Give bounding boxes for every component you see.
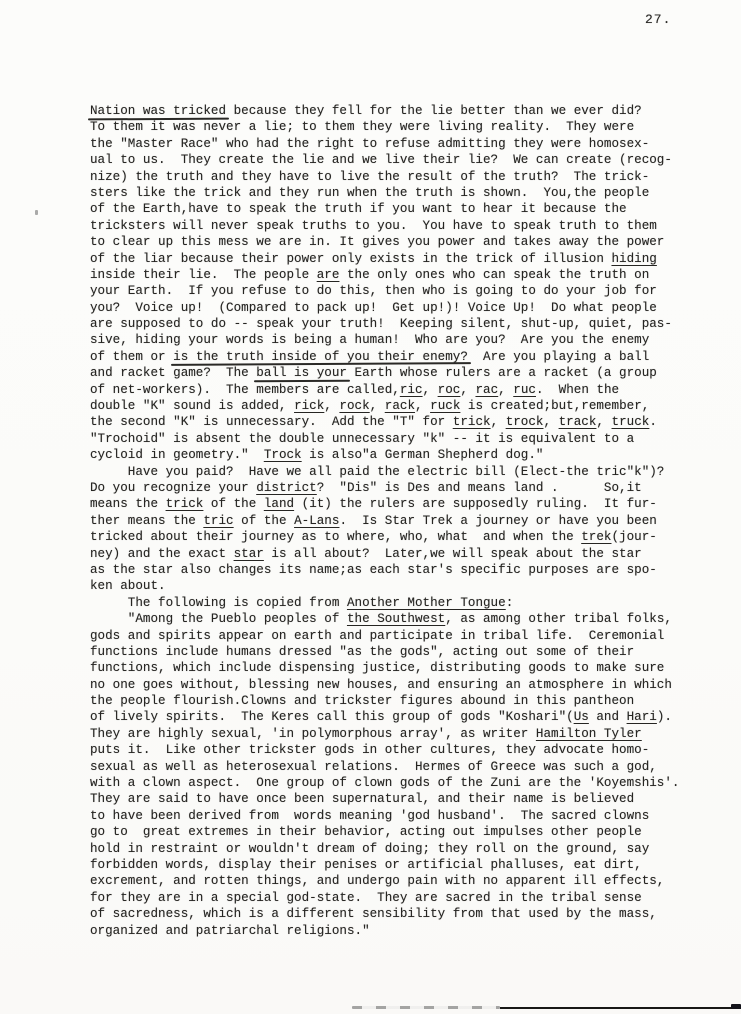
text-run: ney) and the exact bbox=[90, 547, 234, 561]
underlined-text: tric bbox=[203, 514, 233, 528]
text-run: Do you recognize your bbox=[90, 481, 256, 495]
text-run: the "Master Race" who had the right to r… bbox=[90, 137, 649, 151]
text-line: To them it was never a lie; to them they… bbox=[90, 119, 705, 135]
underlined-text: rick bbox=[294, 399, 324, 413]
text-run: , bbox=[460, 383, 475, 397]
underlined-text: land bbox=[264, 497, 294, 511]
text-block: Nation was tricked because they fell for… bbox=[90, 103, 705, 939]
text-line: the people flourish.Clowns and trickster… bbox=[90, 693, 705, 709]
text-line: the "Master Race" who had the right to r… bbox=[90, 136, 705, 152]
text-run: no one goes without, blessing new houses… bbox=[90, 678, 672, 692]
text-run: , as among other tribal folks, bbox=[445, 612, 672, 626]
text-run: of the bbox=[234, 514, 294, 528]
text-run: because they fell for the lie better tha… bbox=[226, 104, 642, 118]
text-run: , bbox=[596, 415, 611, 429]
text-run: means the bbox=[90, 497, 166, 511]
text-run: you? Voice up! (Compared to pack up! Get… bbox=[90, 301, 657, 315]
text-run: To them it was never a lie; to them they… bbox=[90, 120, 634, 134]
text-line: go to great extremes in their behavior, … bbox=[90, 824, 705, 840]
text-run: sters like the trick and they run when t… bbox=[90, 186, 649, 200]
text-run: of lively spirits. The Keres call this g… bbox=[90, 710, 574, 724]
page-number: 27. bbox=[645, 12, 671, 27]
text-run: the only ones who can speak the truth on bbox=[339, 268, 649, 282]
underlined-text: Another Mother Tongue bbox=[347, 596, 506, 610]
text-line: functions, which include dispensing just… bbox=[90, 660, 705, 676]
text-line: double "K" sound is added, rick, rock, r… bbox=[90, 398, 705, 414]
text-run: sive, hiding your words is being a human… bbox=[90, 333, 649, 347]
text-run: tricksters will never speak truths to yo… bbox=[90, 219, 657, 233]
underlined-text: ruck bbox=[430, 399, 460, 413]
underlined-text: trick bbox=[166, 497, 204, 511]
text-run: inside their lie. The people bbox=[90, 268, 317, 282]
text-line: Do you recognize your district? "Dis" is… bbox=[90, 480, 705, 496]
underlined-text: roc bbox=[438, 383, 461, 397]
underlined-text: A-Lans bbox=[294, 514, 339, 528]
text-run: and racket game? The bbox=[90, 366, 256, 380]
text-run: puts it. Like other trickster gods in ot… bbox=[90, 743, 649, 757]
text-run: , bbox=[370, 399, 385, 413]
text-line: They are said to have once been supernat… bbox=[90, 791, 705, 807]
text-line: the second "K" is unnecessary. Add the "… bbox=[90, 414, 705, 430]
underlined-text: trek bbox=[581, 530, 611, 544]
text-run: , bbox=[491, 415, 506, 429]
text-run: . bbox=[649, 415, 657, 429]
text-line: gods and spirits appear on earth and par… bbox=[90, 628, 705, 644]
text-run: and bbox=[589, 710, 627, 724]
text-line: The following is copied from Another Mot… bbox=[90, 595, 705, 611]
text-run: (it) the rulers are supposedly ruling. I… bbox=[294, 497, 657, 511]
underlined-text: ric bbox=[400, 383, 423, 397]
text-line: for they are in a special god-state. The… bbox=[90, 890, 705, 906]
text-line: of lively spirits. The Keres call this g… bbox=[90, 709, 705, 725]
text-run: They are highly sexual, 'in polymorphous… bbox=[90, 727, 536, 741]
text-run: are supposed to do -- speak your truth! … bbox=[90, 317, 672, 331]
underlined-text: Hamilton Tyler bbox=[536, 727, 642, 741]
underlined-text: district bbox=[256, 481, 316, 495]
underlined-text: star bbox=[234, 547, 264, 561]
text-line: to clear up this mess we are in. It give… bbox=[90, 234, 705, 250]
text-run: sexual as well as heterosexual relations… bbox=[90, 760, 657, 774]
text-run: of the bbox=[203, 497, 263, 511]
text-run: ther means the bbox=[90, 514, 203, 528]
text-run: , bbox=[415, 399, 430, 413]
text-line: hold in restraint or wouldn't dream of d… bbox=[90, 841, 705, 857]
text-run: "Among the Pueblo peoples of bbox=[90, 612, 347, 626]
text-run: Earth whose rulers are a racket (a group bbox=[347, 366, 657, 380]
text-run: to clear up this mess we are in. It give… bbox=[90, 235, 664, 249]
text-run: the people flourish.Clowns and trickster… bbox=[90, 694, 634, 708]
underlined-text: are bbox=[317, 268, 340, 282]
text-run: of the Earth,have to speak the truth if … bbox=[90, 202, 627, 216]
text-run: "Trochoid" is absent the double unnecess… bbox=[90, 432, 634, 446]
text-line: your Earth. If you refuse to do this, th… bbox=[90, 283, 705, 299]
text-line: with a clown aspect. One group of clown … bbox=[90, 775, 705, 791]
text-line: you? Voice up! (Compared to pack up! Get… bbox=[90, 300, 705, 316]
text-run: Are you playing a ball bbox=[468, 350, 649, 364]
text-run: is also"a German Shepherd dog." bbox=[302, 448, 544, 462]
underlined-text: trock bbox=[506, 415, 544, 429]
text-line: ual to us. They create the lie and we li… bbox=[90, 152, 705, 168]
text-line: excrement, and rotten things, and underg… bbox=[90, 873, 705, 889]
underlined-text: trick bbox=[453, 415, 491, 429]
underlined-text: ruc bbox=[513, 383, 536, 397]
underlined-text: Us bbox=[574, 710, 589, 724]
text-line: to have been derived from words meaning … bbox=[90, 808, 705, 824]
text-run: gods and spirits appear on earth and par… bbox=[90, 629, 664, 643]
scan-speck bbox=[35, 210, 38, 215]
scan-artifact-line bbox=[500, 1007, 741, 1009]
text-run: functions, which include dispensing just… bbox=[90, 661, 664, 675]
text-run: for they are in a special god-state. The… bbox=[90, 891, 642, 905]
text-line: sive, hiding your words is being a human… bbox=[90, 332, 705, 348]
text-line: of the Earth,have to speak the truth if … bbox=[90, 201, 705, 217]
text-run: organized and patriarchal religions." bbox=[90, 924, 370, 938]
underlined-text: rack bbox=[385, 399, 415, 413]
underlined-text: Trock bbox=[264, 448, 302, 462]
text-run: forbidden words, display their penises o… bbox=[90, 858, 642, 872]
text-line: and racket game? The ball is your Earth … bbox=[90, 365, 705, 381]
text-run: to have been derived from words meaning … bbox=[90, 809, 649, 823]
text-run: is all about? Later,we will speak about … bbox=[264, 547, 642, 561]
text-run: They are said to have once been supernat… bbox=[90, 792, 634, 806]
text-run: . Is Star Trek a journey or have you bee… bbox=[339, 514, 656, 528]
underlined-text: ball is your bbox=[256, 366, 347, 380]
text-run: , bbox=[543, 415, 558, 429]
text-run: ual to us. They create the lie and we li… bbox=[90, 153, 672, 167]
text-line: "Among the Pueblo peoples of the Southwe… bbox=[90, 611, 705, 627]
text-line: tricksters will never speak truths to yo… bbox=[90, 218, 705, 234]
underlined-text: track bbox=[559, 415, 597, 429]
text-line: Have you paid? Have we all paid the elec… bbox=[90, 464, 705, 480]
text-line: of net-workers). The members are called,… bbox=[90, 382, 705, 398]
text-line: ther means the tric of the A-Lans. Is St… bbox=[90, 513, 705, 529]
text-line: no one goes without, blessing new houses… bbox=[90, 677, 705, 693]
text-run: of sacredness, which is a different sens… bbox=[90, 907, 657, 921]
underlined-text: truck bbox=[612, 415, 650, 429]
text-line: tricked about their journey as to where,… bbox=[90, 529, 705, 545]
text-run: with a clown aspect. One group of clown … bbox=[90, 776, 679, 790]
text-line: of them or is the truth inside of you th… bbox=[90, 349, 705, 365]
text-run: (jour- bbox=[611, 530, 656, 544]
text-line: means the trick of the land (it) the rul… bbox=[90, 496, 705, 512]
text-run: , bbox=[423, 383, 438, 397]
text-line: functions include humans dressed "as the… bbox=[90, 644, 705, 660]
text-line: forbidden words, display their penises o… bbox=[90, 857, 705, 873]
text-run: ken about. bbox=[90, 579, 166, 593]
text-run: of the liar because their power only exi… bbox=[90, 252, 611, 266]
text-run: excrement, and rotten things, and underg… bbox=[90, 874, 664, 888]
text-line: inside their lie. The people are the onl… bbox=[90, 267, 705, 283]
text-line: organized and patriarchal religions." bbox=[90, 923, 705, 939]
text-run: ). bbox=[657, 710, 672, 724]
document-page: 27. Nation was tricked because they fell… bbox=[0, 0, 741, 1014]
text-run: cycloid in geometry." bbox=[90, 448, 264, 462]
underlined-text: Hari bbox=[627, 710, 657, 724]
text-line: of sacredness, which is a different sens… bbox=[90, 906, 705, 922]
text-run: , bbox=[324, 399, 339, 413]
underlined-text: is the truth inside of you their enemy? bbox=[173, 350, 468, 364]
text-run: Have you paid? Have we all paid the elec… bbox=[90, 465, 664, 479]
text-line: puts it. Like other trickster gods in ot… bbox=[90, 742, 705, 758]
text-run: : bbox=[506, 596, 514, 610]
text-line: as the star also changes its name;as eac… bbox=[90, 562, 705, 578]
text-line: nize) the truth and they have to live th… bbox=[90, 169, 705, 185]
text-run: functions include humans dressed "as the… bbox=[90, 645, 634, 659]
text-line: "Trochoid" is absent the double unnecess… bbox=[90, 431, 705, 447]
text-line: Nation was tricked because they fell for… bbox=[90, 103, 705, 119]
underlined-text: rock bbox=[339, 399, 369, 413]
text-run: . When the bbox=[536, 383, 619, 397]
text-run: ? "Dis" is Des and means land . So,it bbox=[317, 481, 642, 495]
text-run: double "K" sound is added, bbox=[90, 399, 294, 413]
text-run: nize) the truth and they have to live th… bbox=[90, 170, 649, 184]
text-run: The following is copied from bbox=[90, 596, 347, 610]
scan-artifact-tip bbox=[731, 1004, 741, 1009]
text-run: of net-workers). The members are called, bbox=[90, 383, 400, 397]
underlined-text: rac bbox=[475, 383, 498, 397]
text-line: of the liar because their power only exi… bbox=[90, 251, 705, 267]
text-line: sters like the trick and they run when t… bbox=[90, 185, 705, 201]
text-line: cycloid in geometry." Trock is also"a Ge… bbox=[90, 447, 705, 463]
underlined-text: Nation was tricked bbox=[90, 104, 226, 118]
text-run: as the star also changes its name;as eac… bbox=[90, 563, 657, 577]
text-line: ken about. bbox=[90, 578, 705, 594]
text-line: are supposed to do -- speak your truth! … bbox=[90, 316, 705, 332]
text-run: the second "K" is unnecessary. Add the "… bbox=[90, 415, 453, 429]
text-line: ney) and the exact star is all about? La… bbox=[90, 546, 705, 562]
text-run: , bbox=[498, 383, 513, 397]
scan-artifact-smudge bbox=[352, 1006, 500, 1009]
underlined-text: the Southwest bbox=[347, 612, 445, 626]
text-line: sexual as well as heterosexual relations… bbox=[90, 759, 705, 775]
text-run: tricked about their journey as to where,… bbox=[90, 530, 581, 544]
text-run: go to great extremes in their behavior, … bbox=[90, 825, 642, 839]
text-line: They are highly sexual, 'in polymorphous… bbox=[90, 726, 705, 742]
text-run: is created;but,remember, bbox=[460, 399, 649, 413]
text-run: hold in restraint or wouldn't dream of d… bbox=[90, 842, 649, 856]
text-run: of them or bbox=[90, 350, 173, 364]
underlined-text: hiding bbox=[611, 252, 656, 266]
text-run: your Earth. If you refuse to do this, th… bbox=[90, 284, 657, 298]
